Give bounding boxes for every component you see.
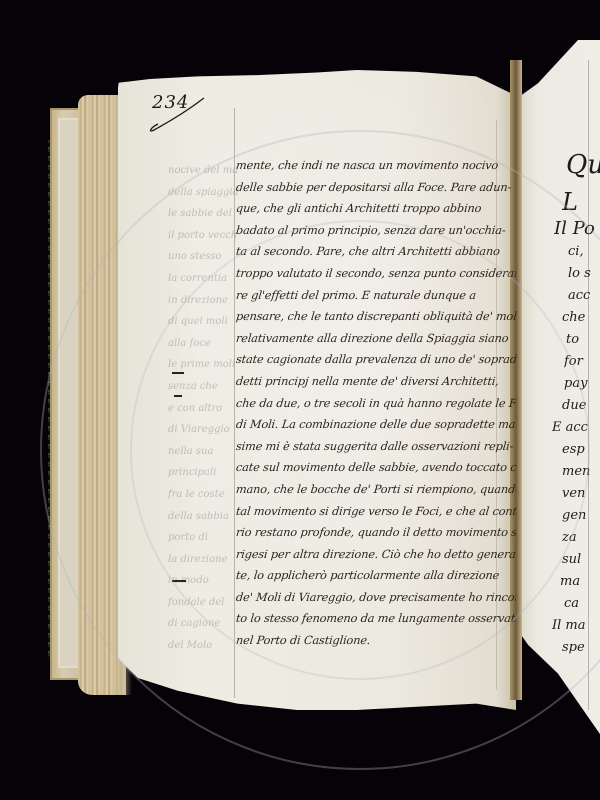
text-line: ta al secondo. Pare, che altri Architett…: [235, 241, 517, 263]
right-text-line: pay: [564, 376, 600, 398]
bleed-line: la correntia: [168, 268, 238, 290]
text-line: troppo valutato il secondo, senza punto …: [235, 263, 517, 285]
right-text-line: ven: [562, 486, 600, 508]
manuscript-photo: 234 nocive del ma della spiaggia le sabb…: [0, 0, 600, 800]
bleed-line: di cagione: [168, 613, 238, 635]
text-line: rio restano profonde, quando il detto mo…: [235, 522, 517, 544]
right-text-line: ci,: [568, 244, 600, 266]
text-line: to lo stesso fenomeno da me lungamente o…: [235, 608, 517, 630]
right-text-line: Il Po: [554, 218, 600, 244]
text-line: tal movimento si dirige verso le Foci, e…: [235, 501, 517, 523]
right-text-line: E acc: [552, 420, 600, 442]
margin-ink-mark: [172, 372, 184, 374]
text-line: di Moli. La combinazione delle due sopra…: [235, 414, 517, 436]
right-text-line: L: [562, 188, 600, 218]
right-text-line: lo s: [568, 266, 600, 288]
margin-ink-mark: [174, 395, 182, 397]
text-line: que, che gli antichi Architetti troppo a…: [235, 198, 517, 220]
right-text-line: Il ma: [552, 618, 600, 640]
right-text-line: gen: [562, 508, 600, 530]
right-text-line: due: [562, 398, 600, 420]
bleed-line: nella sua: [168, 441, 238, 463]
text-line: pensare, che le tanto discrepanti obliqu…: [235, 306, 517, 328]
right-text-line: men: [562, 464, 600, 486]
right-text-line: Qu: [566, 150, 600, 188]
bleed-line: di quei moli: [168, 311, 238, 333]
right-text-line: to: [566, 332, 600, 354]
right-text-line: esp: [562, 442, 600, 464]
text-line: sime mi è stata suggerita dalle osservaz…: [235, 436, 517, 458]
text-line: de' Moli di Viareggio, dove precisamente…: [235, 587, 517, 609]
right-text-line: acc: [568, 288, 600, 310]
text-line: nel Porto di Castiglione.: [235, 630, 517, 652]
text-line: re gl'effetti del primo. E naturale dunq…: [235, 285, 517, 307]
text-line: badato al primo principio, senza dare un…: [235, 220, 517, 242]
text-line: state cagionate dalla prevalenza di uno …: [235, 349, 517, 371]
right-text-line: for: [564, 354, 600, 376]
bleed-line: in direzione: [168, 290, 238, 312]
bleed-line: alla foce: [168, 333, 238, 355]
right-text-line: spe: [562, 640, 600, 662]
manuscript-text: mente, che indi ne nasca un movimento no…: [236, 155, 516, 652]
text-line: mano, che le bocche de' Porti si riempio…: [235, 479, 517, 501]
bleed-line: uno stesso: [168, 246, 238, 268]
bleed-line: la direzione: [168, 549, 238, 571]
bleed-line: del Molo: [168, 635, 238, 657]
bleed-line: fra le coste: [168, 484, 238, 506]
text-line: mente, che indi ne nasca un movimento no…: [235, 155, 517, 177]
text-line: te, lo applicherò particolarmente alla d…: [235, 565, 517, 587]
right-page-text: Qu L Il Po ci, lo s acc che to for pay d…: [548, 150, 600, 662]
text-line: detti principj nella mente de' diversi A…: [235, 371, 517, 393]
bleed-line: porto di: [168, 527, 238, 549]
bleed-line: di Viareggio: [168, 419, 238, 441]
margin-ink-mark: [172, 580, 186, 582]
bleed-line: nocive del ma: [168, 160, 238, 182]
text-line: relativamente alla direzione della Spiag…: [235, 328, 517, 350]
right-text-line: za: [562, 530, 600, 552]
text-line: delle sabbie per depositarsi alla Foce. …: [235, 177, 517, 199]
bleed-line: le sabbie del: [168, 203, 238, 225]
text-line: cate sul movimento delle sabbie, avendo …: [235, 457, 517, 479]
bleed-line: principali: [168, 462, 238, 484]
bleed-line: della sabbia: [168, 506, 238, 528]
right-text-line: ma: [560, 574, 600, 596]
bleed-line: e con altro: [168, 398, 238, 420]
bleed-through-text: nocive del ma della spiaggia le sabbie d…: [168, 160, 238, 657]
bleed-line: fondale del: [168, 592, 238, 614]
page-number: 234: [152, 92, 189, 113]
right-text-line: ca: [564, 596, 600, 618]
right-text-line: sul: [562, 552, 600, 574]
bleed-line: della spiaggia: [168, 182, 238, 204]
right-text-line: che: [562, 310, 600, 332]
bleed-line: il porto vecchio: [168, 225, 238, 247]
text-line: che da due, o tre secoli in quà hanno re…: [235, 393, 517, 415]
text-line: rigesi per altra direzione. Ciò che ho d…: [235, 544, 517, 566]
